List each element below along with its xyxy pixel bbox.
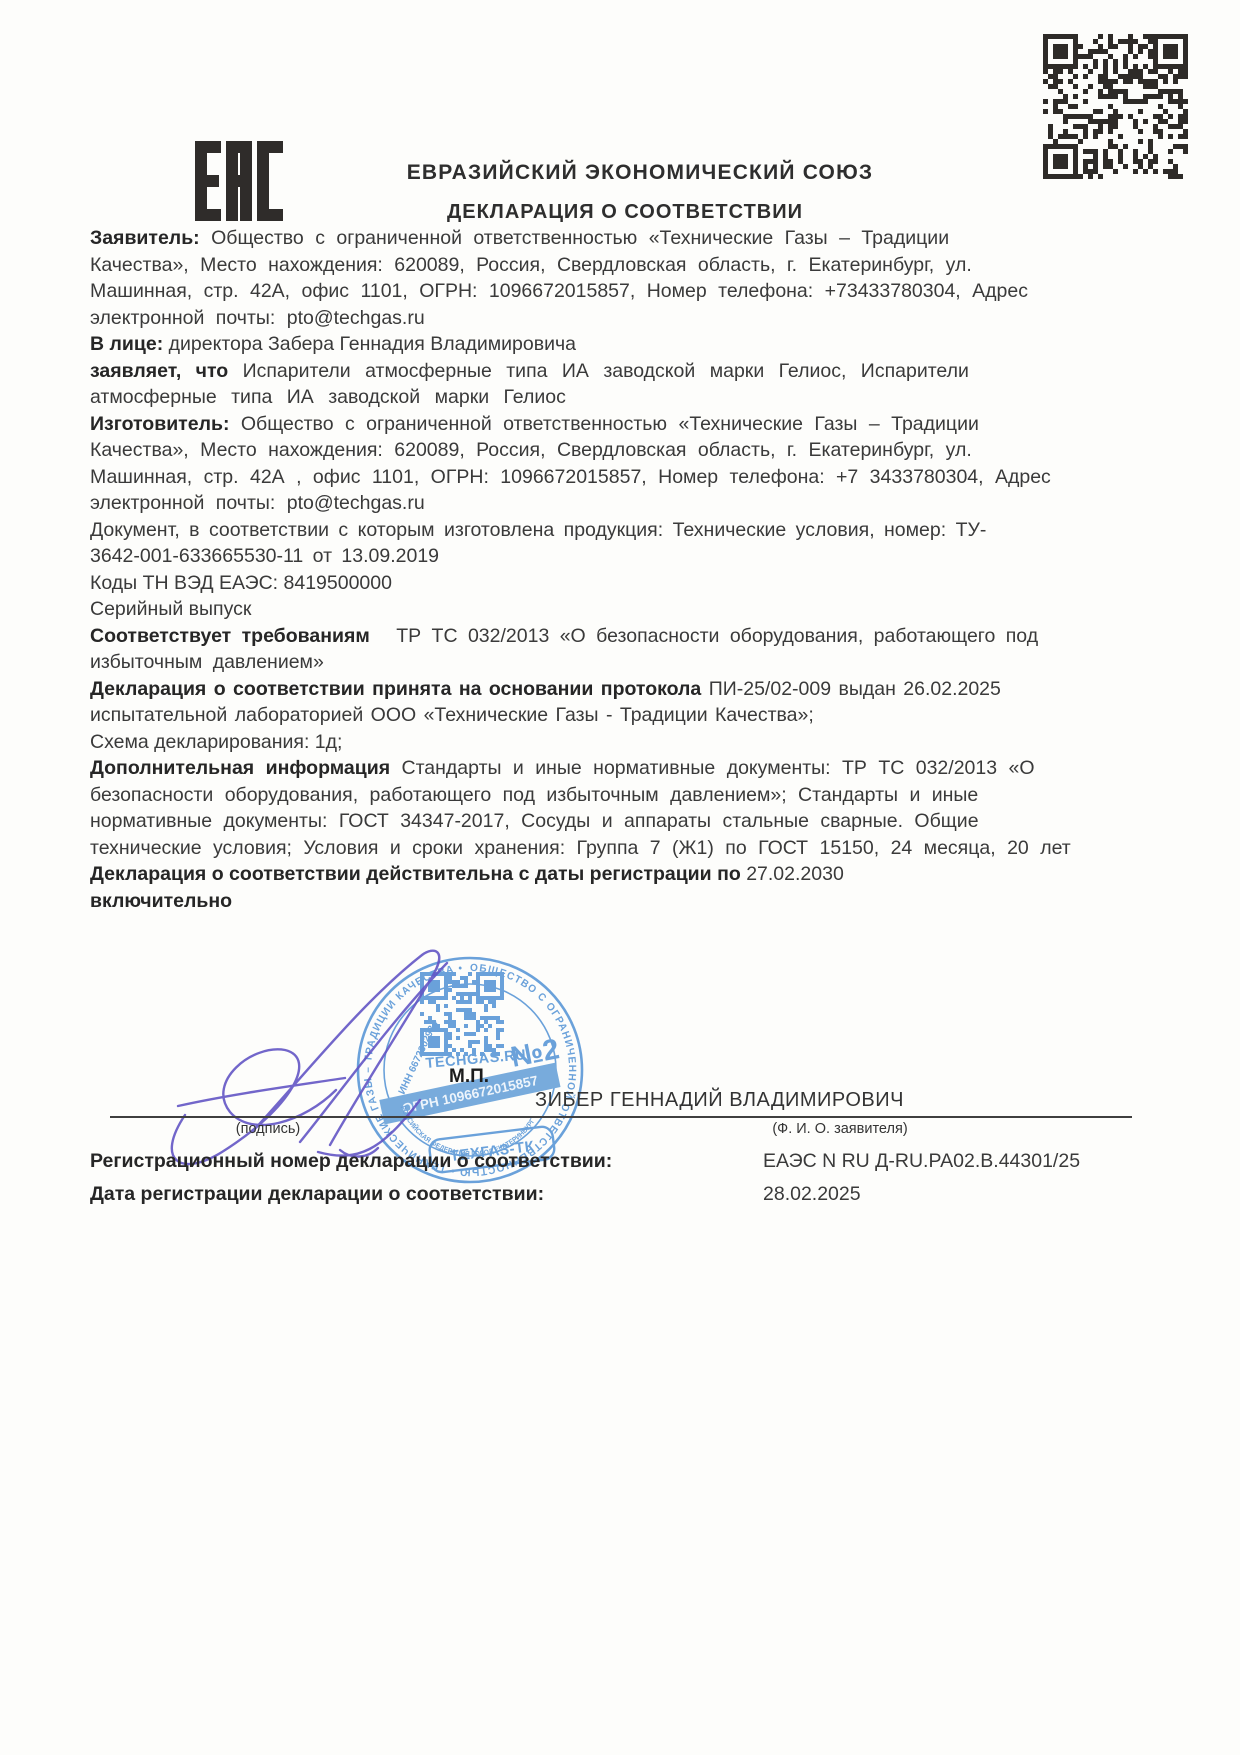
signature-caption: (подпись): [236, 1121, 300, 1137]
validity-label: Декларация о соответствии действительна …: [90, 863, 741, 885]
declaration-document: ЕВРАЗИЙСКИЙ ЭКОНОМИЧЕСКИЙ СОЮЗ ДЕКЛАРАЦИ…: [0, 0, 1240, 1755]
validity-suffix: включительно: [90, 890, 232, 912]
registration-number-value: ЕАЭС N RU Д-RU.РА02.В.44301/25: [763, 1150, 1080, 1173]
document-body: ЕВРАЗИЙСКИЙ ЭКОНОМИЧЕСКИЙ СОЮЗ ДЕКЛАРАЦИ…: [90, 0, 1150, 914]
applicant-paragraph: Заявитель: Общество с ограниченной ответ…: [90, 225, 1150, 331]
declares-label: заявляет, что: [90, 360, 228, 382]
person-text: директора Забера Геннадия Владимировича: [169, 333, 576, 355]
signature-line: [110, 1116, 1132, 1118]
mp-label: М.П.: [449, 1066, 489, 1088]
manufacturer-label: Изготовитель:: [90, 413, 229, 435]
conforms-paragraph: Соответствует требованиям ТР ТС 032/2013…: [90, 623, 1150, 676]
basis-protocol: ПИ-25/02-009 выдан 26.02.2025: [709, 678, 1001, 700]
tnved-line: Коды ТН ВЭД ЕАЭС: 8419500000: [90, 570, 1150, 597]
registration-date-value: 28.02.2025: [763, 1183, 861, 1206]
applicant-label: Заявитель:: [90, 227, 200, 249]
basis-label: Декларация о соответствии принята на осн…: [90, 678, 701, 700]
product-document-paragraph: Документ, в соответствии с которым изгот…: [90, 517, 1150, 570]
serial-line: Серийный выпуск: [90, 596, 1150, 623]
applicant-fullname: ЗИБЕР ГЕННАДИЙ ВЛАДИМИРОВИЧ: [535, 1089, 904, 1112]
person-paragraph: В лице: директора Забера Геннадия Владим…: [90, 331, 1150, 358]
person-label: В лице:: [90, 333, 163, 355]
additional-label: Дополнительная информация: [90, 757, 390, 779]
registration-number-label: Регистрационный номер декларации о соотв…: [90, 1150, 612, 1173]
applicant-text: Общество с ограниченной ответственностью…: [90, 227, 1028, 329]
additional-paragraph: Дополнительная информация Стандарты и ин…: [90, 755, 1150, 861]
validity-date: 27.02.2030: [746, 863, 844, 885]
conforms-label: Соответствует требованиям: [90, 625, 370, 647]
fullname-caption: (Ф. И. О. заявителя): [772, 1121, 907, 1137]
manufacturer-paragraph: Изготовитель: Общество с ограниченной от…: [90, 411, 1150, 517]
qr-code: [1043, 34, 1189, 180]
product-document-text: Документ, в соответствии с которым изгот…: [90, 519, 986, 568]
validity-paragraph: Декларация о соответствии действительна …: [90, 861, 1150, 914]
registration-date-label: Дата регистрации декларации о соответств…: [90, 1183, 544, 1206]
signature-ink: [120, 925, 520, 1185]
manufacturer-text: Общество с ограниченной ответственностью…: [90, 413, 1051, 515]
eac-logo: [195, 141, 285, 223]
basis-lab: испытательной лабораторией ООО «Техничес…: [90, 704, 814, 726]
declares-paragraph: заявляет, что Испарители атмосферные тип…: [90, 358, 1150, 411]
scheme-line: Схема декларирования: 1д;: [90, 729, 1150, 756]
basis-paragraph: Декларация о соответствии принята на осн…: [90, 676, 1150, 729]
